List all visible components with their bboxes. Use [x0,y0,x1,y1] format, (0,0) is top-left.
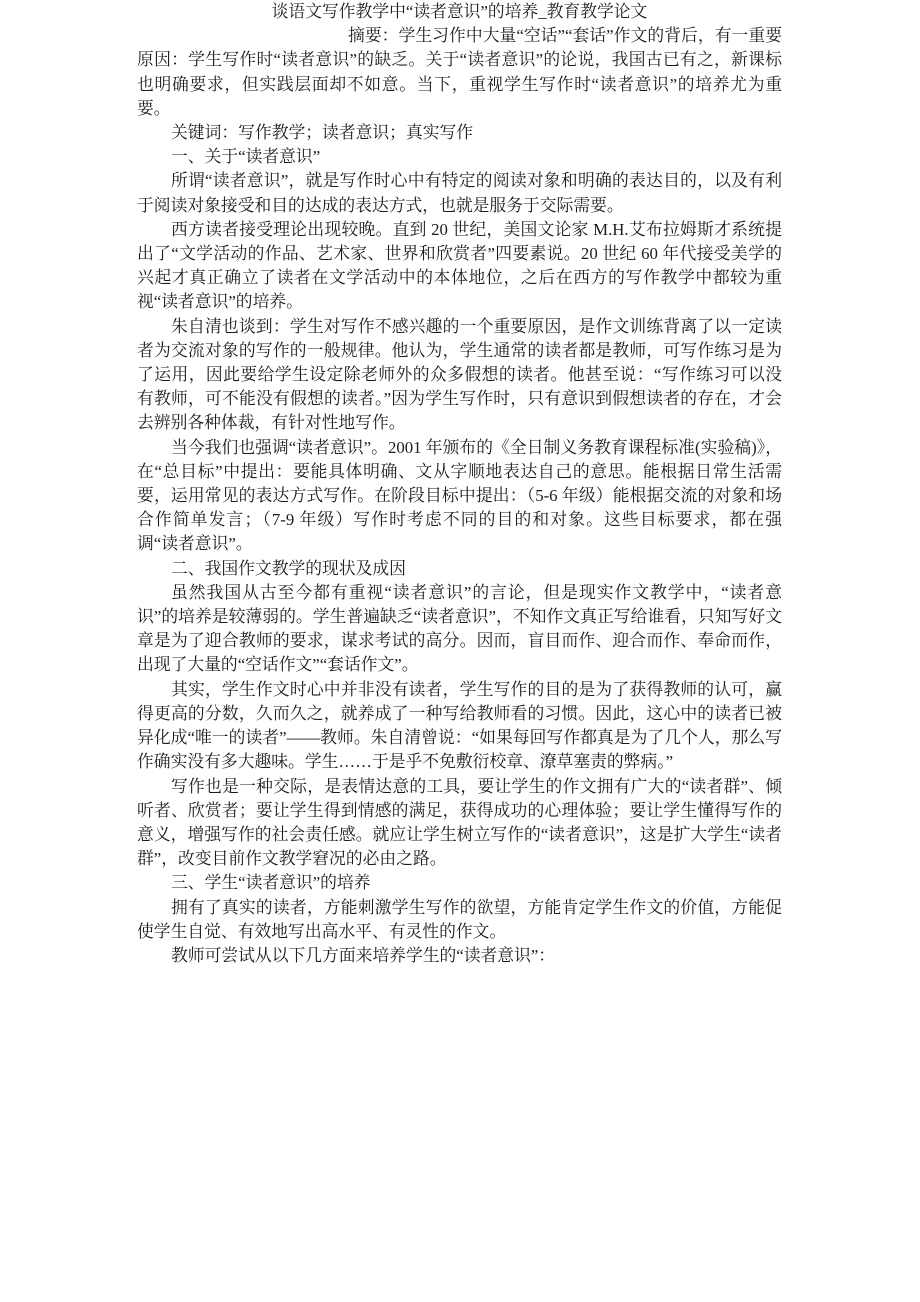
document-title: 谈语文写作教学中“读者意识”的培养_教育教学论文 [137,0,782,24]
section-2-heading: 二、我国作文教学的现状及成因 [137,557,782,581]
body-paragraph: 写作也是一种交际，是表情达意的工具，要让学生的作文拥有广大的“读者群”、倾听者、… [137,775,782,872]
body-paragraph: 当今我们也强调“读者意识”。2001 年颁布的《全日制义务教育课程标准(实验稿)… [137,436,782,557]
keywords-paragraph: 关键词：写作教学；读者意识；真实写作 [137,121,782,145]
body-paragraph: 教师可尝试从以下几方面来培养学生的“读者意识”： [137,944,782,968]
document-body: 谈语文写作教学中“读者意识”的培养_教育教学论文 摘要：学生习作中大量“空话”“… [137,0,782,968]
body-paragraph: 其实，学生作文时心中并非没有读者，学生写作的目的是为了获得教师的认可，赢得更高的… [137,678,782,775]
body-paragraph: 拥有了真实的读者，方能刺激学生写作的欲望，方能肯定学生作文的价值，方能促使学生自… [137,896,782,944]
section-3-heading: 三、学生“读者意识”的培养 [137,871,782,895]
body-paragraph: 西方读者接受理论出现较晚。直到 20 世纪，美国文论家 M.H.艾布拉姆斯才系统… [137,218,782,315]
section-1-heading: 一、关于“读者意识” [137,145,782,169]
body-paragraph: 虽然我国从古至今都有重视“读者意识”的言论，但是现实作文教学中，“读者意识”的培… [137,581,782,678]
body-paragraph: 朱自清也谈到：学生对写作不感兴趣的一个重要原因，是作文训练背离了以一定读者为交流… [137,315,782,436]
body-paragraph: 所谓“读者意识”，就是写作时心中有特定的阅读对象和明确的表达目的，以及有利于阅读… [137,169,782,217]
abstract-paragraph: 摘要：学生习作中大量“空话”“套话”作文的背后，有一重要原因：学生写作时“读者意… [137,24,782,121]
document-page: 谈语文写作教学中“读者意识”的培养_教育教学论文 摘要：学生习作中大量“空话”“… [0,0,920,1302]
